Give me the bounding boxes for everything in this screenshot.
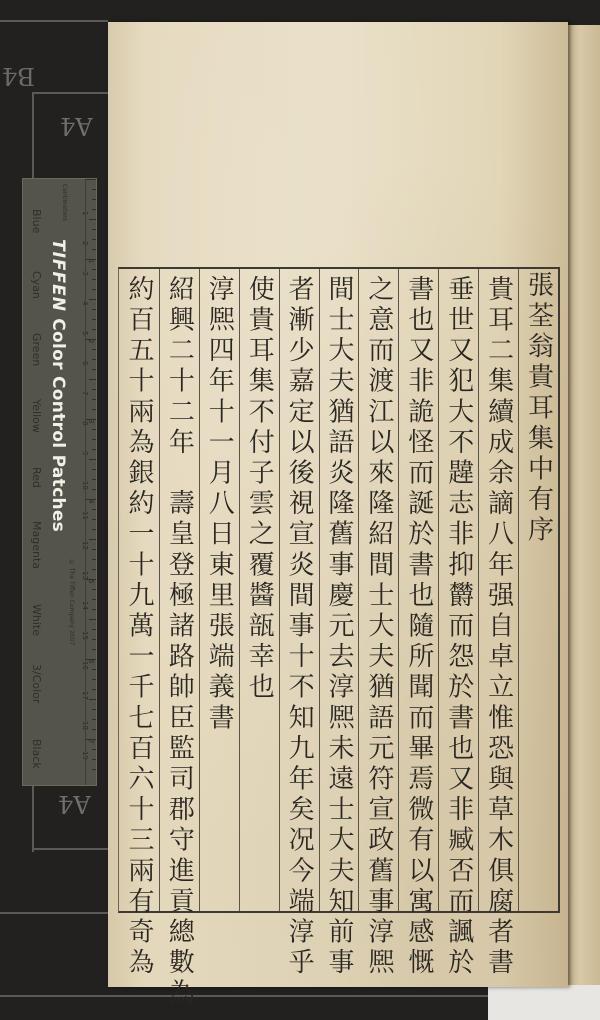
column-text: 使貴耳集不付子雲之覆醬瓿幸也 [242,269,276,911]
ruler-tick [92,489,96,490]
ruler-tick [89,699,96,700]
ruler-tick [92,759,96,760]
ruler-tick [89,219,96,220]
column-text: 淳熈四年十一月八日東里張端義書 [202,269,236,911]
text-column: 約百五十兩為銀約一十九萬一千七百六十三兩有奇為 [119,269,159,911]
ruler-tick [92,389,96,390]
ruler-tick [92,329,96,330]
text-column: 紹興二十二年 壽皇登極諸路帥臣監司郡守進貢總數為 [159,269,199,911]
ruler-tick [92,609,96,610]
grid-line [32,92,108,94]
text-column: 者漸少嘉定以後視宣炎間事十不知九年矣况今端淳乎 [279,269,319,911]
ruler-tick [92,309,96,310]
ruler-tick [92,529,96,530]
grid-line [0,995,488,997]
column-text: 約百五十兩為銀約一十九萬一千七百六十三兩有奇為 [122,269,156,911]
white-card-corner [488,985,600,1020]
patch-names: Blue Cyan Green Yellow Red Magenta White… [25,209,43,769]
b4-label: B4 [2,62,35,90]
ruler-tick [89,539,96,540]
text-column: 使貴耳集不付子雲之覆醬瓿幸也 [239,269,279,911]
strip-title: Color Control Patches [48,318,68,532]
ruler-tick [92,249,96,250]
brand-name: TIFFEN [48,239,68,312]
ruler-tick [92,269,96,270]
a4-label-bottom: A4 [58,790,91,818]
ruler-tick [86,339,96,340]
ruler-tick [92,369,96,370]
ruler-tick [92,469,96,470]
column-text: 間士大夫猶語炎隆舊事慶元去淳熈未遠士大夫知前事 [322,269,356,911]
ruler-tick [92,349,96,350]
ruler-tick [92,399,96,400]
ruler-tick [86,659,96,660]
color-control-strip: Centimeters Blue Cyan Green Yellow Red M… [22,178,97,786]
ruler-tick [92,599,96,600]
column-text: 書也又非詭怪而誕於書也隨所聞而畢焉微有以寓感慨 [402,269,436,911]
column-text: 者漸少嘉定以後視宣炎間事十不知九年矣况今端淳乎 [282,269,316,911]
ruler-tick [92,679,96,680]
ruler-tick [89,619,96,620]
ruler-tick [89,379,96,380]
patch-name: Cyan [25,271,43,299]
ruler-tick [92,549,96,550]
patch-name: White [25,604,43,636]
patch-name: Green [25,333,43,366]
ruler-tick [92,209,96,210]
grid-line [32,848,108,850]
ruler-tick [86,259,96,260]
patch-name: Magenta [25,521,43,569]
ruler-tick [92,629,96,630]
tiffen-logo: TIFFEN Color Control Patches [48,239,68,532]
text-columns: 張荃翁貴耳集中有序 貴耳二集續成余謫八年强自卓立惟恐與草木俱腐者書 垂世又犯大不… [119,269,558,911]
ruler-tick [92,289,96,290]
ruler-tick [92,319,96,320]
grid-line [0,912,108,914]
grid-line [0,20,108,22]
ruler-tick [92,439,96,440]
ruler-tick [92,589,96,590]
ruler-tick [92,719,96,720]
patch-name: Yellow [25,399,43,433]
ruler-tick [92,359,96,360]
patch-name: 3/Color [25,664,43,703]
ruler-tick [86,739,96,740]
text-column: 貴耳二集續成余謫八年强自卓立惟恐與草木俱腐者書 [478,269,518,911]
column-text: 紹興二十二年 壽皇登極諸路帥臣監司郡守進貢總數為 [162,269,196,911]
adjacent-page-edge [566,25,600,985]
ruler-tick [92,689,96,690]
ruler-tick [92,669,96,670]
ruler-tick [89,459,96,460]
column-text: 張荃翁貴耳集中有序 [522,269,556,911]
ruler-tick [92,509,96,510]
ruler-tick [92,479,96,480]
text-column: 之意而渡江以來隆紹間士大夫猶語元符宣政舊事淳熈 [358,269,398,911]
column-text: 垂世又犯大不韙志非抑欝而怨於書也又非臧否而諷於 [442,269,476,911]
ruler-tick [92,649,96,650]
a4-label-top: A4 [60,112,93,140]
ruler-tick [92,449,96,450]
ruler-tick [86,579,96,580]
ruler-tick [92,569,96,570]
ruler-tick [92,729,96,730]
column-text: 之意而渡江以來隆紹間士大夫猶語元符宣政舊事淳熈 [362,269,396,911]
ruler-tick [92,709,96,710]
column-title: 張荃翁貴耳集中有序 [518,269,558,911]
ruler-tick [92,199,96,200]
ruler-tick [92,519,96,520]
ruler-tick [92,189,96,190]
ruler-tick [92,409,96,410]
ruler-tick [92,239,96,240]
patch-name: Black [25,739,43,769]
text-column: 書也又非詭怪而誕於書也隨所聞而畢焉微有以寓感慨 [398,269,438,911]
text-column: 垂世又犯大不韙志非抑欝而怨於書也又非臧否而諷於 [438,269,478,911]
ruler-tick [92,279,96,280]
patch-name: Red [25,467,43,488]
patch-name: Blue [25,209,43,233]
column-text: 貴耳二集續成余謫八年强自卓立惟恐與草木俱腐者書 [482,269,516,911]
ruler-tick [89,299,96,300]
ruler-tick [92,229,96,230]
ruler-tick [92,429,96,430]
ruler-tick [86,419,96,420]
text-column: 淳熈四年十一月八日東里張端義書 [199,269,239,911]
ruler-tick [86,499,96,500]
text-frame: 張荃翁貴耳集中有序 貴耳二集續成余謫八年强自卓立惟恐與草木俱腐者書 垂世又犯大不… [118,267,560,913]
ruler-tick [92,639,96,640]
ruler-tick [86,179,96,180]
text-column: 間士大夫猶語炎隆舊事慶元去淳熈未遠士大夫知前事 [319,269,359,911]
ruler-tick [92,749,96,750]
inch-ruler: 1 2 3 4 5 6 7 [85,179,96,785]
ruler-tick [92,559,96,560]
strip-top-label: Centimeters [61,184,68,221]
ruler-tick [92,769,96,770]
copyright-text: © The Tiffen Company 2007 [68,559,75,645]
